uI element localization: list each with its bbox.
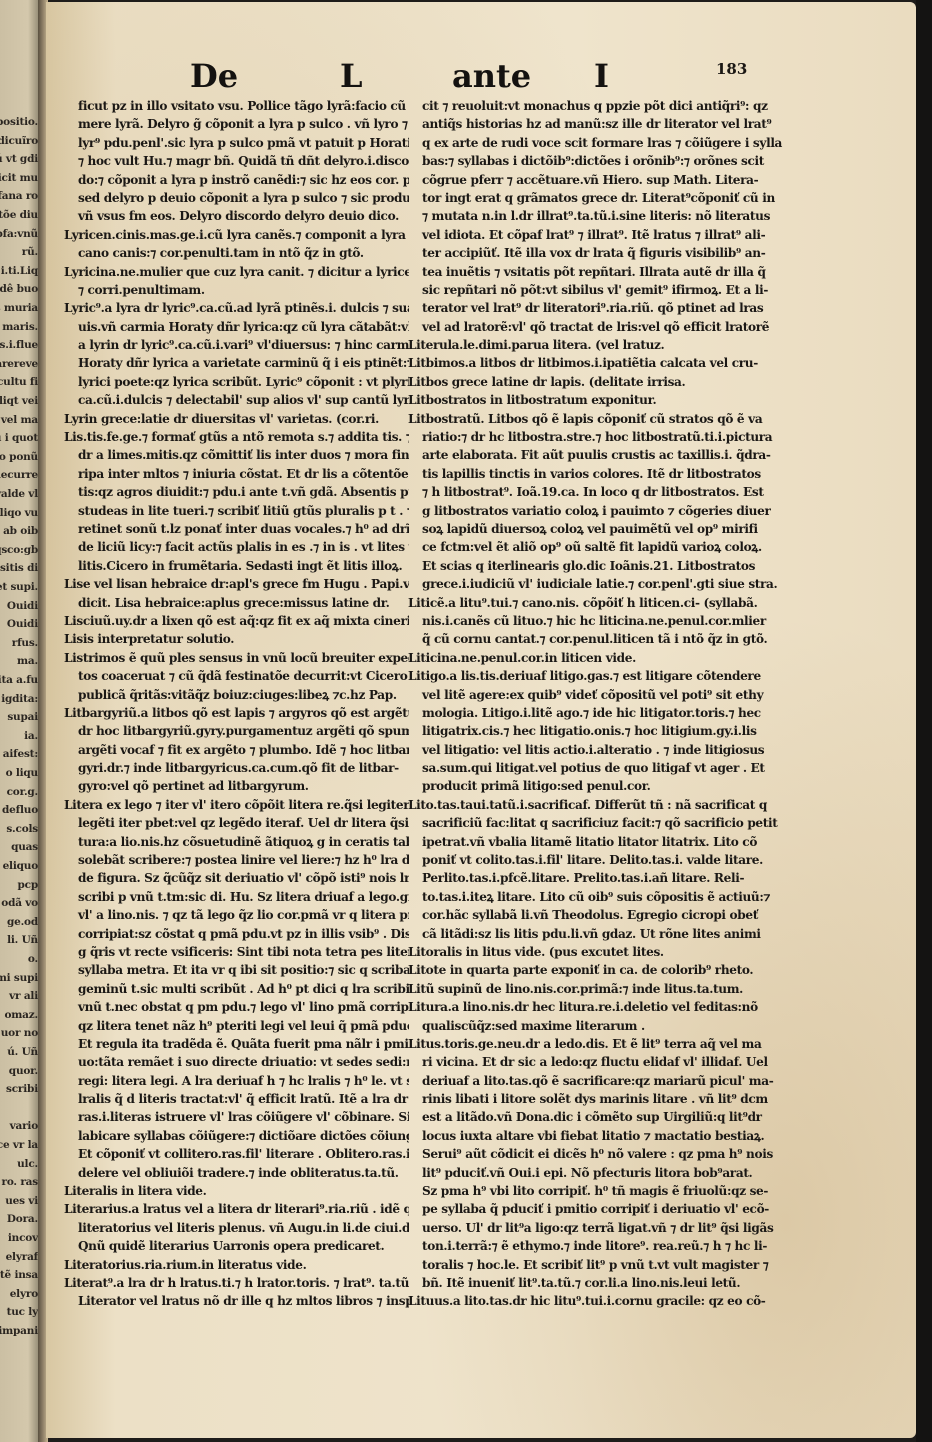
running-head-word-ante: ante [452,58,531,94]
dictionary-entry-line: Lito.tas.taui.tatũ.i.sacrificaf. Differũ… [408,796,790,814]
previous-page-text-fragment: incov [8,1232,38,1245]
previous-page-text-fragment: ues vi [5,1195,38,1208]
previous-page-text-fragment: ú. Uñ [7,1046,38,1059]
dictionary-entry-line: Literalis in litera vide. [64,1182,409,1200]
dictionary-entry-line: Lisis interpretatur solutio. [64,630,409,648]
dictionary-entry-line: Lyrin grece:latie dr diuersitas vl' vari… [64,410,409,428]
text-line: ⁊ mutata n.in l.dr illrat⁹.ta.tũ.i.sine … [408,207,790,225]
text-line: dr a limes.mitis.qz cõmittiť lis inter d… [64,446,409,464]
text-line: scribi p vnũ t.tm:sic di. Hu. Sz litera … [64,888,409,906]
text-column-right: cit ⁊ reuoluit:vt monachus q ppzie põt d… [408,97,790,1311]
previous-page-text-fragment: li. Uñ [7,934,38,947]
text-line: lit⁹ pduciť.vñ Oui.i epi. Nõ pfecturis l… [408,1164,790,1182]
text-line: lralis q̃ d literis tractat:vl' q̃ effic… [64,1090,409,1108]
text-line: vel litigatio: vel litis actio.i.alterat… [408,741,790,759]
text-line: ce fctm:vel ẽt aliõ op⁹ oũ saltẽ fit lap… [408,538,790,556]
dictionary-entry-line: Litbos grece latine dr lapis. (delitate … [408,373,790,391]
text-line: tura:a lio.nis.hz cõsuetudinẽ ãtiquoꝝ g … [64,833,409,851]
text-line: ter accipiũť. Itẽ illa vox dr lrata q̃ f… [408,244,790,262]
text-line: ⁊ h litbostrat⁹. Ioã.19.ca. In loco q dr… [408,483,790,501]
text-line: sed delyro p deuio cõponit a lyra p sulc… [64,189,409,207]
text-line: Horaty dñr lyrica a varietate carminũ q̃… [64,354,409,372]
text-line: q̃ cũ cornu cantat.⁊ cor.penul.liticen t… [408,630,790,648]
running-head: De L ante I 183 [190,58,790,98]
dictionary-entry-line: Literula.le.dimi.parua litera. (vel lrat… [408,336,790,354]
previous-page-text-fragment: maris. [2,321,38,334]
previous-page-text-fragment: pfana ro [0,190,38,203]
dictionary-entry-line: Litbargyriũ.a litbos qõ est lapis ⁊ argy… [64,704,409,722]
previous-page-text-fragment: pfa:vnũ [0,228,38,241]
text-line: uis.vñ carmia Horaty dñr lyrica:qz cũ ly… [64,318,409,336]
previous-page-text-fragment: cor.g. [7,786,38,799]
text-line: litigatrix.cis.⁊ hec litigatio.onis.⁊ ho… [408,722,790,740]
text-line: sa.sum.qui litigat.vel potius de quo lit… [408,759,790,777]
text-line: gyri.dr.⁊ inde litbargyricus.ca.cum.qõ f… [64,759,409,777]
text-line: terator vel lrat⁹ dr literatori⁹.ria.riũ… [408,299,790,317]
text-line: legẽti iter pbet:vel qz legẽdo iteraf. U… [64,814,409,832]
text-line: poniť vt colito.tas.i.fil' litare. Delit… [408,851,790,869]
dictionary-entry-line: Literat⁹.a lra dr h lratus.ti.⁊ h lrator… [64,1274,409,1292]
previous-page-text-fragment: impani [0,1325,38,1338]
text-line: gyro:vel qõ pertinet ad litbargyrum. [64,777,409,795]
dictionary-entry-line: Litigo.a lis.tis.deriuaf litigo.gas.⁊ es… [408,667,790,685]
text-line: producit primã litigo:sed penul.cor. [408,777,790,795]
previous-page-text-fragment: idê buo [0,283,38,296]
previous-page-text-fragment: s muria [0,302,38,315]
text-line: a lyrin dr lyric⁹.ca.cũ.i.vari⁹ vl'diuer… [64,336,409,354]
previous-page-text-fragment: valde vl [0,488,38,501]
previous-page-text-fragment: is.i.flue [0,339,38,352]
text-line: Perlito.tas.i.pfcẽ.litare. Prelito.tas.i… [408,869,790,887]
text-line: riatio:⁊ dr hc litbostra.stre.⁊ hoc litb… [408,428,790,446]
text-line: g q̃ris vt recte vsificeris: Sint tibi n… [64,943,409,961]
text-line: tis lapillis tinctis in varios colores. … [408,465,790,483]
previous-page-text-fragment: supai [7,711,38,724]
text-line: labicare syllabas cõiũgere:⁊ dictiõare d… [64,1127,409,1145]
dictionary-entry-line: Litũ supinũ de lino.nis.cor.primã:⁊ inde… [408,980,790,998]
text-line: corripiat:sz cõstat q pmã pdu.vt pz in i… [64,925,409,943]
text-line: ipetrat.vñ vbalia litamẽ litatio litator… [408,833,790,851]
previous-page-text-fragment: ma. [17,655,38,668]
previous-page-text-fragment: rfus. [12,637,38,650]
text-line: qz litera tenet nãz h⁹ pteriti legi vel … [64,1017,409,1035]
text-line: Sz pma h⁹ vbi lito corripiť. h⁰ tñ magis… [408,1182,790,1200]
previous-page-text-fragment: Ouidi [7,618,38,631]
previous-page-text-fragment: vr ali [9,990,38,1003]
text-line: cit ⁊ reuoluit:vt monachus q ppzie põt d… [408,97,790,115]
previous-page-text-fragment: dicuĩro [0,135,38,148]
text-line: ca.cũ.i.dulcis ⁊ delectabil' sup alios v… [64,391,409,409]
text-line: regi: litera legi. A lra deriuaf h ⁊ hc … [64,1072,409,1090]
text-line: arte elaborata. Fit aũt puulis crustis a… [408,446,790,464]
text-line: solebãt scribere:⁊ postea linire vel lie… [64,851,409,869]
previous-page-text-fragment: liqo vu [0,507,38,520]
dictionary-entry-line: Literarius.a lratus vel a litera dr lite… [64,1200,409,1218]
previous-page-text-fragment: ro. ras [1,1176,38,1189]
dictionary-entry-line: Liticẽ.a litu⁹.tui.⁊ cano.nis. cõpõiť h … [408,594,790,612]
text-line: uo:tãta remãet i suo directe driuatio: v… [64,1053,409,1071]
text-line: ⁊ hoc vult Hu.⁊ magr bñ. Quidã tñ dñt de… [64,152,409,170]
text-line: ripa inter mltos ⁊ iniuria cõstat. Et dr… [64,465,409,483]
text-line: sic repñtari nõ põt:vt sibilus vl' gemit… [408,281,790,299]
dictionary-entry-line: Litura.a lino.nis.dr hec litura.re.i.del… [408,998,790,1016]
text-line: toralis ⁊ hoc.le. Et scribiť lit⁹ p vnũ … [408,1256,790,1274]
text-line: literatorius vel literis plenus. vñ Augu… [64,1219,409,1237]
text-line: vel idiota. Et cõpaf lrat⁹ ⁊ illrat⁹. It… [408,226,790,244]
previous-page-text-fragment: liqt vei [0,395,38,408]
text-line: deriuaf a lito.tas.qõ ẽ sacrificare:qz m… [408,1072,790,1090]
text-line: argẽti vocaf ⁊ fit ex argẽto ⁊ plumbo. I… [64,741,409,759]
previous-page-text-fragment: eliquo [3,860,38,873]
text-line: Qnũ quidẽ literarius Uarronis opera pred… [64,1237,409,1255]
text-line: litis.Cicero in frumẽtaria. Sedasti ingt… [64,557,409,575]
previous-page-text-fragment: u i quot [0,432,38,445]
previous-page-text-fragment: odã vo [1,897,38,910]
previous-page-text-fragment: scribi [6,1083,38,1096]
previous-page-text-fragment: o. [28,953,38,966]
dictionary-entry-line: Litera ex lego ⁊ iter vl' itero cõpõit l… [64,796,409,814]
text-line: vl' a lino.nis. ⁊ qz tã lego q̃z lio cor… [64,906,409,924]
dictionary-entry-line: Litbostratos in litbostratum exponitur. [408,391,790,409]
dictionary-entry-line: Lise vel lisan hebraice dr:apl's grece f… [64,575,409,593]
previous-page-text-fragment: elyro [10,1288,38,1301]
text-line: vñ vsus fm eos. Delyro discordo delyro d… [64,207,409,225]
previous-page-text-fragment: rũ. [22,246,38,259]
previous-page-text-fragment: quas [11,841,38,854]
dictionary-entry-line: Literatorius.ria.rium.in literatus vide. [64,1256,409,1274]
previous-page-text-fragment: dicit mu [0,172,38,185]
text-line: ⁊ corri.penultimam. [64,281,409,299]
dictionary-entry-line: Litote in quarta parte exponiť in ca. de… [408,961,790,979]
previous-page-text-fragment: s.cols [6,823,38,836]
dictionary-entry-line: Litoralis in litus vide. (pus excutet li… [408,943,790,961]
text-line: to.tas.i.iteꝝ litare. Lito cũ oib⁹ suis … [408,888,790,906]
previous-page-text-fragment: uor no [1,1027,38,1040]
previous-page-text-fragment: vario [10,1120,38,1133]
text-line: soꝝ lapidũ diuersoꝝ coloꝝ vel pauimẽtũ v… [408,520,790,538]
text-line: retinet sonũ t.lz ponať inter duas vocal… [64,520,409,538]
text-line: ras.i.literas istruere vl' lras cõiũgere… [64,1108,409,1126]
text-line: vel ad lratorẽ:vl' qõ tractat de lris:ve… [408,318,790,336]
previous-page-text-fragment: vel ma [1,414,38,427]
text-line: Serui⁹ aũt cõdicit ei dicẽs h⁰ nõ valere… [408,1145,790,1163]
previous-page-text-fragment: ab oib [3,525,38,538]
scan-border [916,0,932,1442]
previous-page-text-fragment: decurre [0,469,38,482]
previous-page-text-fragment: o liqu [6,767,38,780]
text-line: de figura. Sz q̃cũq̃z sit deriuatio vl' … [64,869,409,887]
previous-page-text-fragment: omaz. [4,1009,38,1022]
text-line: publicã q̃ritãs:vitãq̃z boiuz:ciuges:lib… [64,686,409,704]
text-line: lyrici poete:qz lyrica scribũt. Lyric⁹ c… [64,373,409,391]
previous-page-text-fragment: ge.od [7,916,38,929]
text-line: ton.i.terrã:⁊ ẽ ethymo.⁊ inde litore⁹. r… [408,1237,790,1255]
text-line: tis:qz agros diuidit:⁊ pdu.i ante t.vñ g… [64,483,409,501]
text-line: geminũ t.sic multi scribũt . Ad h⁰ pt di… [64,980,409,998]
text-line: cã litãdi:sz lis litis pdu.li.vñ gdaz. U… [408,925,790,943]
previous-page-text-fragment: mi supi [0,972,38,985]
text-line: dr hoc litbargyriũ.gyry.purgamentuz argẽ… [64,722,409,740]
previous-page-text-fragment: qsco:gb [0,544,38,557]
previous-page-text-fragment: elyraf [6,1251,38,1264]
text-line: cõgrue pferr ⁊ accẽtuare.vñ Hiero. sup M… [408,171,790,189]
text-line: tos coaceruat ⁊ cũ q̃dã festinatõe decur… [64,667,409,685]
running-head-letter-i: I [594,58,609,94]
text-line: qualiscũq̃z:sed maxime literarum . [408,1017,790,1035]
text-line: mere lyrã. Delyro g̃ cõponit a lyra p su… [64,115,409,133]
text-line: Et regula ita tradẽda ẽ. Quãta fuerit pm… [64,1035,409,1053]
dictionary-entry-line: Litbimos.a litbos dr litbimos.i.ipatiẽti… [408,354,790,372]
previous-page-text-fragment: i.ti.Liq [1,265,38,278]
text-line: vnũ t.nec obstat q pm pdu.⁊ lego vl' lin… [64,998,409,1016]
text-line: tor ingt erat q grãmatos grece dr. Liter… [408,189,790,207]
dictionary-entry-line: Lituus.a lito.tas.dr hic litu⁹.tui.i.cor… [408,1292,790,1310]
text-line: sacrificiũ fac:litat q sacrificiuz facit… [408,814,790,832]
folio-number: 183 [716,60,747,78]
dictionary-entry-line: Lis.tis.fe.ge.⁊ formať gtũs a ntõ remota… [64,428,409,446]
text-line: vel litẽ agere:ex quib⁹ videť cõpositũ v… [408,686,790,704]
previous-page-text-fragment: cultu fi [0,376,38,389]
text-line: studeas in lite tueri.⁊ scribiť litiũ gt… [64,502,409,520]
dictionary-entry-line: Litbostratũ. Litbos qõ ẽ lapis cõponiť c… [408,410,790,428]
text-line: Et scias q iterlinearis glo.dic Ioãnis.2… [408,557,790,575]
dictionary-entry-line: Litus.toris.ge.neu.dr a ledo.dis. Et ẽ l… [408,1035,790,1053]
text-line: cor.hãc syllabã li.vñ Theodolus. Egregio… [408,906,790,924]
text-line: bñ. Itẽ inueniť lit⁹.ta.tũ.⁊ cor.li.a li… [408,1274,790,1292]
text-line: g litbostratos variatio coloꝝ i pauimto … [408,502,790,520]
previous-page-text-fragment: aifest: [3,748,38,761]
previous-page-text-fragment: ú vt gdi [0,153,38,166]
text-line: Et cõponiť vt collitero.ras.fil' literar… [64,1145,409,1163]
previous-page-text-fragment: pcp [18,879,38,892]
text-line: ri vicina. Et dr sic a ledo:qz fluctu el… [408,1053,790,1071]
previous-page-text-fragment: ulc. [17,1158,38,1171]
text-line: de liciũ licy:⁊ facit actũs plalis in es… [64,538,409,556]
dictionary-entry-line: Lyric⁹.a lyra dr lyric⁹.ca.cũ.ad lyrã pt… [64,299,409,317]
previous-page-text-fragment: ce vr la [0,1139,38,1152]
previous-page-edge: positio.dicuĩroú vt gdidicit mupfana rot… [0,0,40,1442]
text-line: cano canis:⁊ cor.penulti.tam in ntõ q̃z … [64,244,409,262]
text-line: pe syllaba q̃ pduciť i pmitio corripiť i… [408,1200,790,1218]
previous-page-text-fragment: igdita: [1,693,38,706]
text-line: tea inuẽtis ⁊ vsitatis põt repñtari. Ill… [408,263,790,281]
text-line: dicit. Lisa hebraice:aplus grece:missus … [64,594,409,612]
running-head-letter-l: L [340,58,363,94]
previous-page-text-fragment: et supi. [0,581,38,594]
previous-page-text-fragment: quor. [9,1065,38,1078]
previous-page-text-fragment: tuc ly [7,1306,38,1319]
previous-page-text-fragment: lita a.fu [0,674,38,687]
dictionary-entry-line: Liticina.ne.penul.cor.in liticen vide. [408,649,790,667]
previous-page-text-fragment: ia. [24,730,38,743]
text-line: delere vel obliuiõi tradere.⁊ inde oblit… [64,1164,409,1182]
text-line: uerso. Ul' dr lit⁹a ligo:qz terrã ligat.… [408,1219,790,1237]
text-line: Literator vel lratus nõ dr ille q hz mlt… [64,1292,409,1310]
previous-page-text-fragment: ositis di [0,562,38,575]
text-line: est a litãdo.vñ Dona.dic i cõmẽto sup Ui… [408,1108,790,1126]
previous-page-text-fragment: Dora. [7,1213,38,1226]
text-line: antiq̃s historias hz ad manũ:sz ille dr … [408,115,790,133]
text-line: nis.i.canẽs cũ lituo.⁊ hic hc liticina.n… [408,612,790,630]
text-line: mologia. Litigo.i.litẽ ago.⁊ ide hic lit… [408,704,790,722]
previous-page-text-fragment: positio. [0,116,38,129]
dictionary-entry-line: Lisciuũ.uy.dr a lixen qõ est aq̃:qz fit … [64,612,409,630]
text-line: grece.i.iudiciũ vl' iudiciale latie.⁊ co… [408,575,790,593]
dictionary-entry-line: Listrimos ẽ quũ ples sensus in vnũ locũ … [64,649,409,667]
previous-page-text-fragment: tõe diu [0,209,38,222]
dictionary-entry-line: Lyricina.ne.mulier que cuz lyra canit. ⁊… [64,263,409,281]
text-line: lyr⁹ pdu.penl'.sic lyra p sulco pmã vt p… [64,134,409,152]
previous-page-text-fragment: o ponũ [0,451,38,464]
text-line: ficut pz in illo vsitato vsu. Pollice tã… [64,97,409,115]
dictionary-entry-line: Lyricen.cinis.mas.ge.i.cũ lyra canẽs.⁊ c… [64,226,409,244]
text-line: syllaba metra. Et ita vr q ibi sit posit… [64,961,409,979]
text-line: do:⁊ cõponit a lyra p instrõ canẽdi:⁊ si… [64,171,409,189]
text-column-left: ficut pz in illo vsitato vsu. Pollice tã… [64,97,409,1311]
text-line: q ex arte de rudi voce scit formare lras… [408,134,790,152]
previous-page-text-fragment: tẽ insa [0,1269,38,1282]
text-line: rinis libati i litore solẽt dys marinis … [408,1090,790,1108]
previous-page-text-fragment: arereve [0,358,38,371]
text-line: bas:⁊ syllabas i dictõib⁹:dictões i orõn… [408,152,790,170]
previous-page-text-fragment: Ouidi [7,600,38,613]
text-line: locus iuxta altare vbi fiebat litatio ⁊ … [408,1127,790,1145]
running-head-word-1: De [190,58,238,94]
previous-page-text-fragment: defluo [2,804,38,817]
